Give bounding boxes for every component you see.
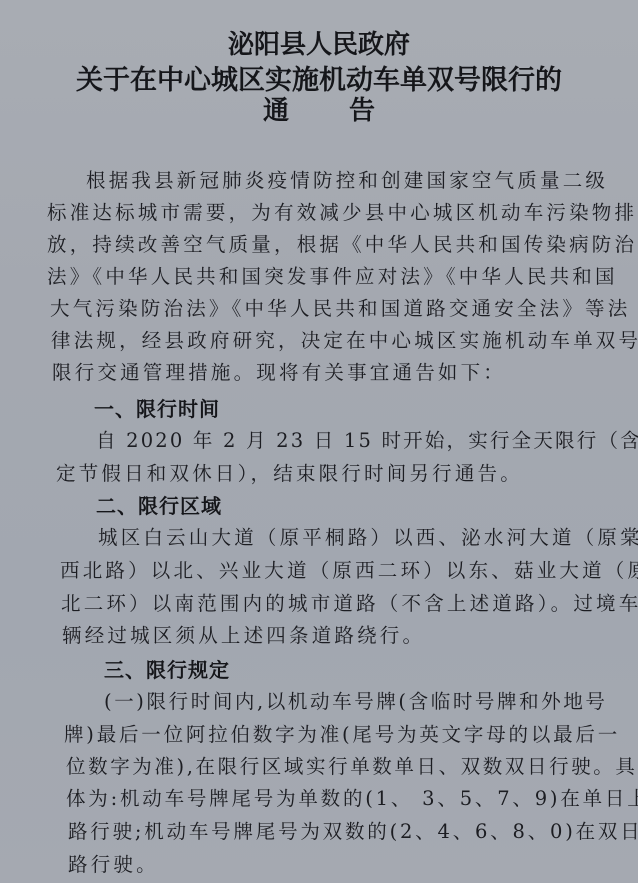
intro-line: 放，持续改善空气质量，根据《中华人民共和国传染病防治 [47,229,637,257]
intro-line: 根据我县新冠肺炎疫情防控和创建国家空气质量二级 [86,165,608,193]
notice-label-char-1: 通 [263,96,289,126]
section-heading-time: 一、限行时间 [94,393,220,422]
section-line: 辆经过城区须从上述四条道路绕行。 [62,620,425,648]
section-line: 牌)最后一位阿拉伯数字为准(尾号为英文字母的以最后一 [64,719,620,747]
intro-line: 律法规，经县政府研究，决定在中心城区实施机动车单双号 [51,325,638,353]
notice-label-char-2: 告 [349,96,375,126]
section-line: 位数字为准),在限行区域实行单数单日、双数双日行驶。具 [66,751,638,779]
section-heading-area: 二、限行区域 [96,490,222,519]
section-line: 北二环）以南范围内的城市道路（不含上述道路）。过境车 [61,588,638,616]
issuer-title: 泌阳县人民政府 [0,24,638,61]
intro-line: 法》《中华人民共和国突发事件应对法》《中华人民共和国 [47,261,618,289]
section-line: 路行驶。 [68,849,159,877]
section-heading-rules: 三、限行规定 [104,654,230,683]
section-line: 体为:机动车号牌尾号为单数的(1、 3、5、7、9)在单日上 [66,783,638,811]
section-line: 定节假日和双休日），结束限行时间另行通告。 [56,458,523,486]
section-line: (一)限行时间内,以机动车号牌(含临时号牌和外地号 [104,686,608,714]
intro-line: 标准达标城市需要，为有效减少县中心城区机动车污染物排 [47,197,637,225]
notice-document: 泌阳县人民政府 关于在中心城区实施机动车单双号限行的 通告 根据我县新冠肺炎疫情… [0,0,638,883]
intro-line: 大气污染防治法》《中华人民共和国道路交通安全法》等法 [50,293,630,321]
section-line: 西北路）以北、兴业大道（原西二环）以东、菇业大道（原 [60,555,638,583]
section-line: 路行驶;机动车号牌尾号为双数的(2、4、6、8、0)在双日上 [68,816,638,844]
intro-line: 限行交通管理措施。现将有关事宜通告如下： [52,357,506,385]
notice-label: 通告 [0,90,638,127]
section-line: 城区白云山大道（原平桐路）以西、泌水河大道（原棠 [98,522,638,550]
section-line: 自 2020 年 2 月 23 日 15 时开始，实行全天限行（含法 [96,425,638,453]
